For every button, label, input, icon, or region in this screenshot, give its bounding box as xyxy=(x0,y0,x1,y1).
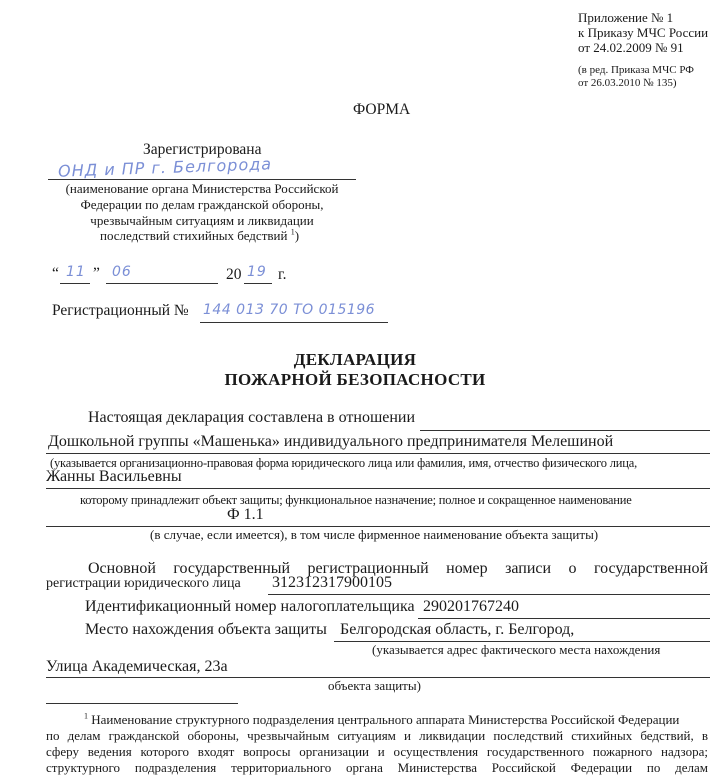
owner-field-line-2[interactable]: Жанны Васильевны xyxy=(46,468,182,486)
ogrn-underline xyxy=(268,594,710,595)
location-caption-2: объекта защиты) xyxy=(328,678,421,694)
revision-line-1: (в ред. Приказа МЧС РФ xyxy=(578,64,694,76)
date-day-field[interactable]: 11 xyxy=(66,264,86,280)
inn-underline xyxy=(418,618,710,619)
form-label: ФОРМА xyxy=(353,101,410,119)
owner-underline-1 xyxy=(46,453,710,454)
authority-caption-3: чрезвычайным ситуациям и ликвидации xyxy=(48,213,356,229)
footnote-line-2: по делам гражданской обороны, чрезвычайн… xyxy=(46,728,708,744)
reg-number-field[interactable]: 144 013 70 ТО 015196 xyxy=(203,302,375,318)
year-unit: г. xyxy=(278,266,286,284)
owner-underline-2 xyxy=(46,488,710,489)
location-caption-1: (указывается адрес фактического места на… xyxy=(372,642,660,658)
owner-field-line-1[interactable]: Дошкольной группы «Машенька» индивидуаль… xyxy=(48,433,613,451)
appendix-line-1: Приложение № 1 xyxy=(578,10,673,26)
month-underline xyxy=(106,283,218,284)
location-label: Место нахождения объекта защиты xyxy=(85,621,327,639)
owner-caption-3: (в случае, если имеется), в том числе фи… xyxy=(150,527,598,543)
reg-number-underline xyxy=(200,322,388,323)
date-year-field[interactable]: 19 xyxy=(247,264,267,280)
year-underline xyxy=(244,283,272,284)
ogrn-label-line-2: регистрации юридического лица xyxy=(46,576,241,592)
intro-underline xyxy=(420,430,710,431)
authority-caption-4: последствий стихийных бедствий 1) xyxy=(100,228,299,244)
day-underline xyxy=(60,283,90,284)
authority-underline xyxy=(48,179,356,180)
footnote-line-4: структурного подразделения территориальн… xyxy=(46,760,708,776)
authority-handwritten-field[interactable]: ОНД и ПР г. Белгорода xyxy=(58,154,273,180)
inn-field[interactable]: 290201767240 xyxy=(423,598,519,616)
year-prefix: 20 xyxy=(226,266,242,284)
intro-text: Настоящая декларация составлена в отноше… xyxy=(88,409,415,427)
footnote-separator xyxy=(46,703,238,704)
reg-number-label: Регистрационный № xyxy=(52,302,189,320)
document-title-line-2: ПОЖАРНОЙ БЕЗОПАСНОСТИ xyxy=(0,370,710,390)
authority-caption-1: (наименование органа Министерства Россий… xyxy=(48,181,356,197)
location-field-line-1[interactable]: Белгородская область, г. Белгород, xyxy=(340,621,574,639)
date-month-field[interactable]: 06 xyxy=(112,264,132,280)
footnote-line-1: 1 Наименование структурного подразделени… xyxy=(84,712,679,728)
function-class-field[interactable]: Ф 1.1 xyxy=(227,506,264,524)
document-title-line-1: ДЕКЛАРАЦИЯ xyxy=(0,350,710,370)
appendix-line-2: к Приказу МЧС России xyxy=(578,25,708,41)
location-field-line-2[interactable]: Улица Академическая, 23а xyxy=(46,658,228,676)
revision-line-2: от 26.03.2010 № 135) xyxy=(578,77,677,89)
inn-label: Идентификационный номер налогоплательщик… xyxy=(85,598,415,616)
owner-caption-2: которому принадлежит объект защиты; функ… xyxy=(80,493,632,508)
open-quote: “ xyxy=(52,265,59,283)
appendix-line-3: от 24.02.2009 № 91 xyxy=(578,40,684,56)
footnote-mark: 1 xyxy=(84,712,88,721)
close-quote: ” xyxy=(93,265,100,283)
footnote-line-3: сферу ведения которого входят вопросы ор… xyxy=(46,744,708,760)
ogrn-field[interactable]: 312312317900105 xyxy=(272,574,392,592)
authority-caption-2: Федерации по делам гражданской обороны, xyxy=(48,197,356,213)
